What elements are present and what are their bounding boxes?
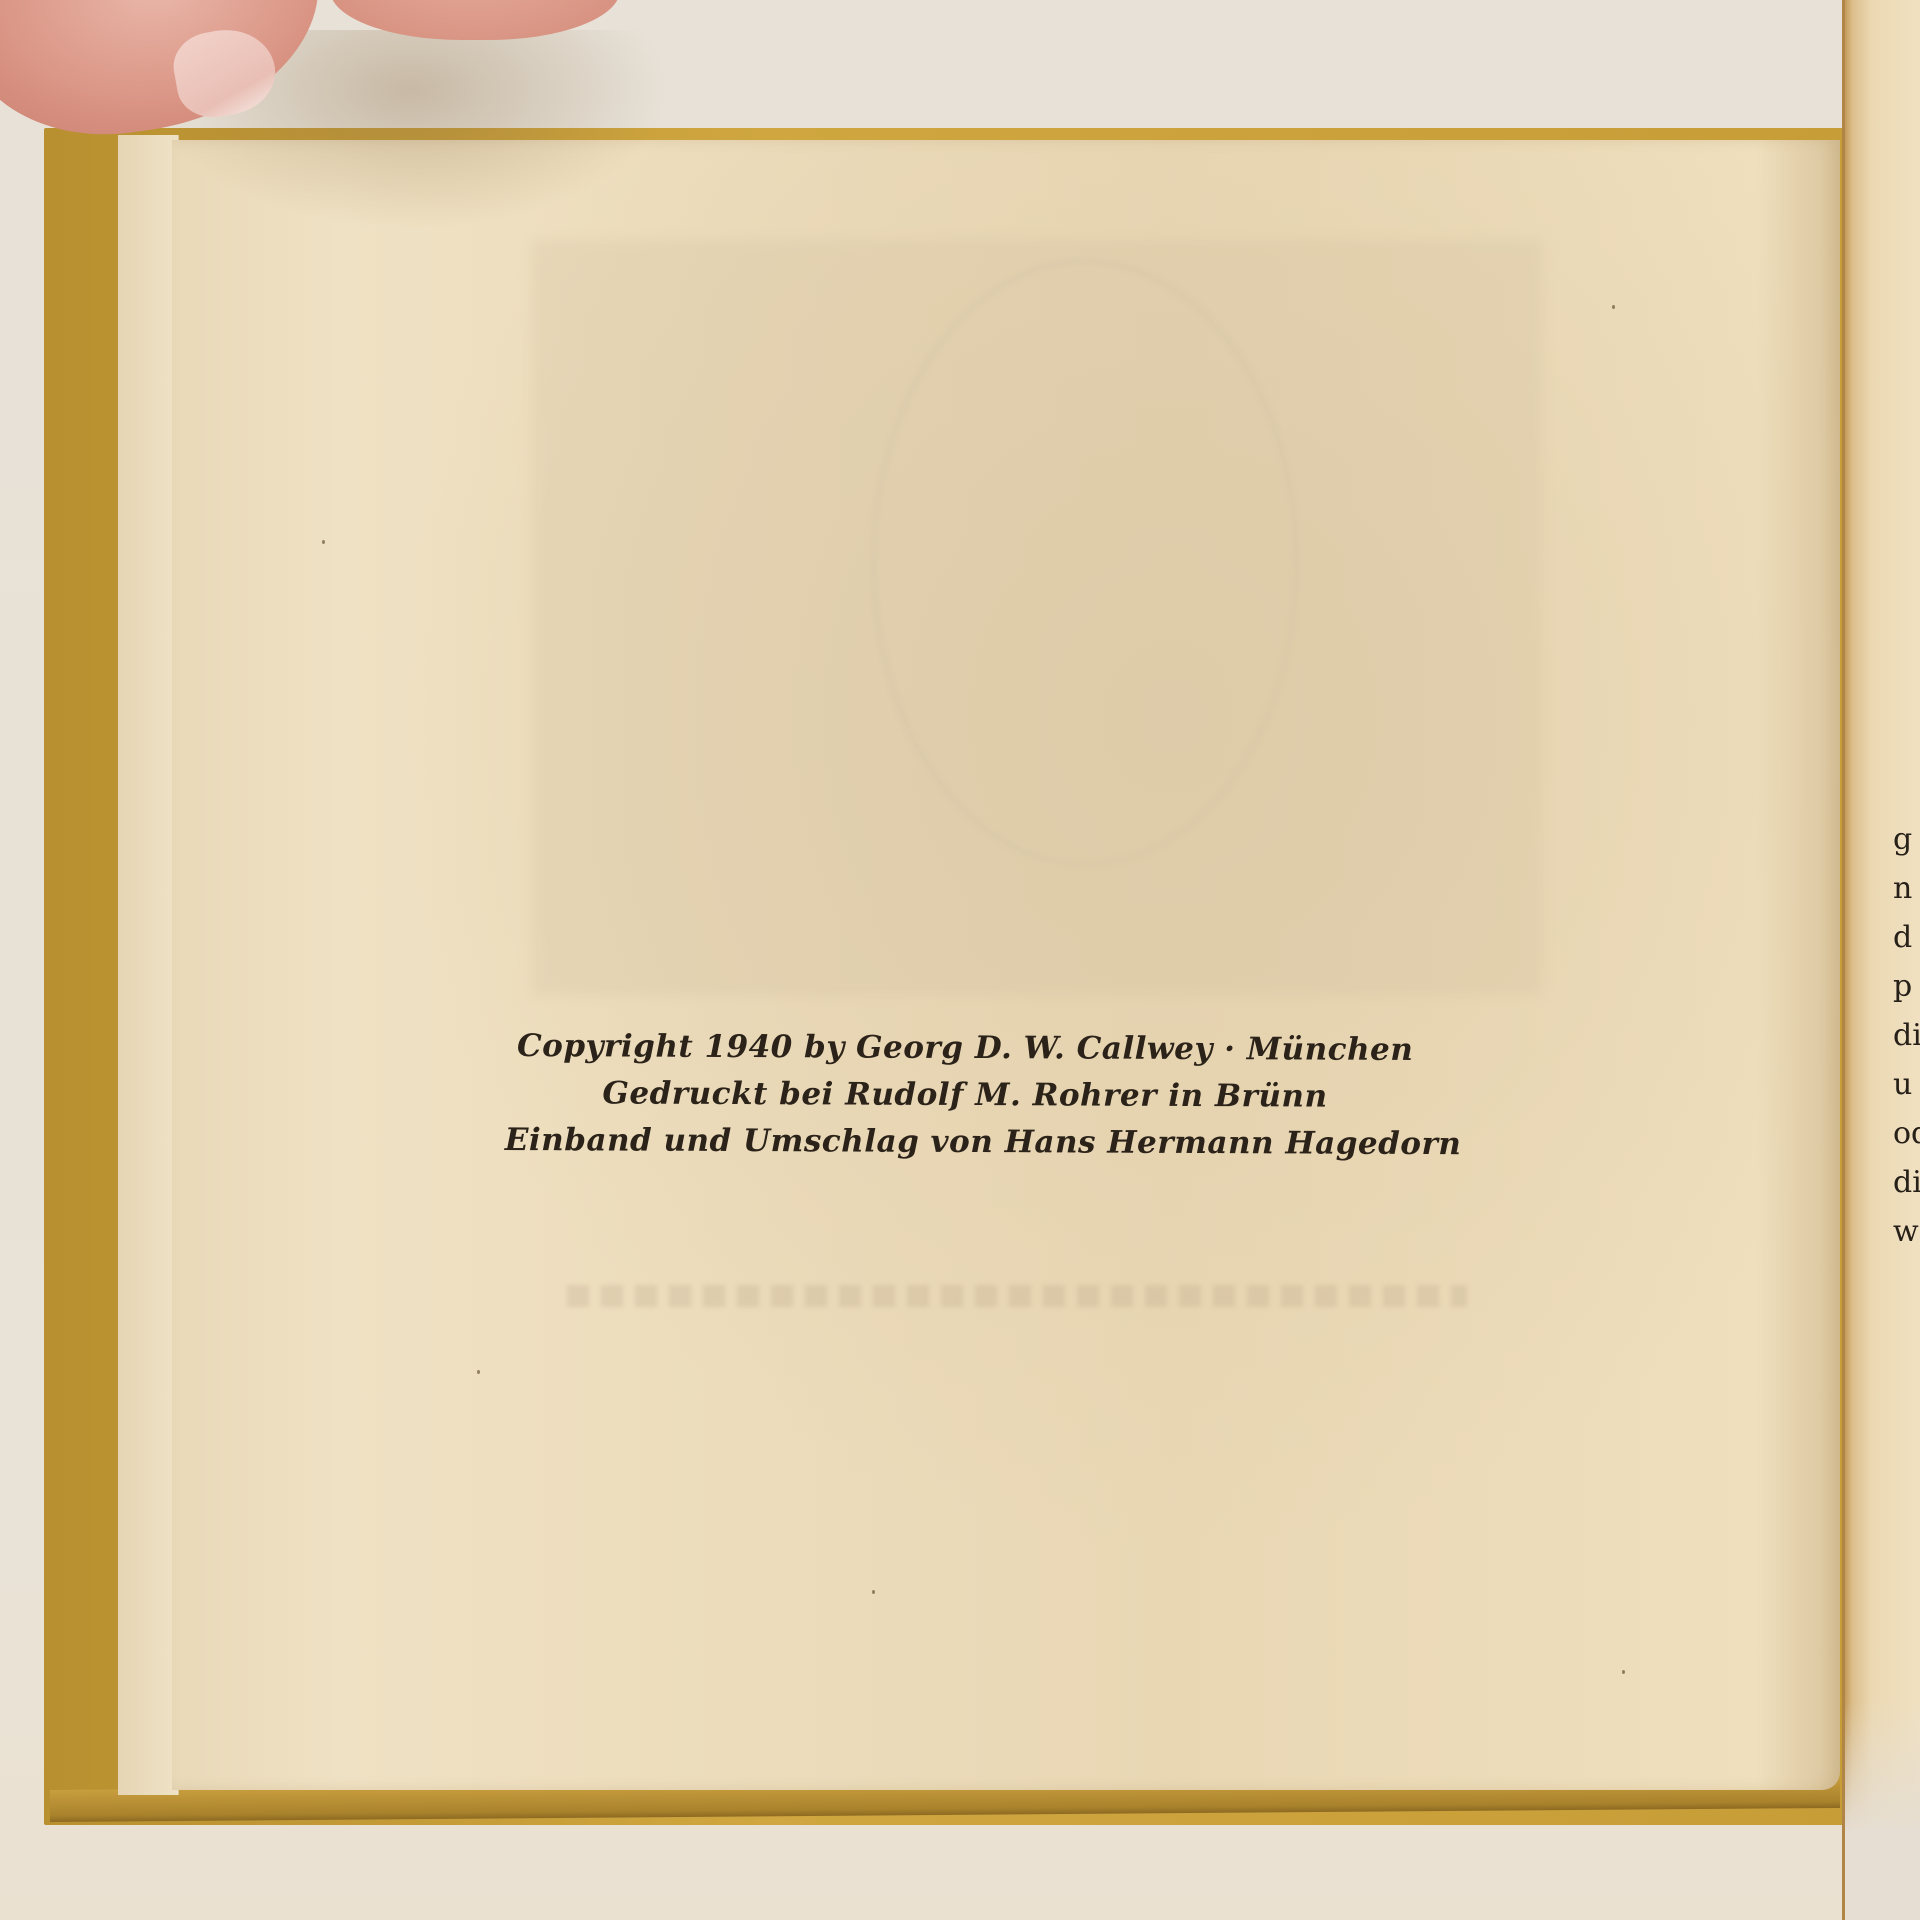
left-page [172,140,1840,1790]
printer-line: Gedruckt bei Rudolf M. Rohrer in Brünn [505,1070,1425,1121]
copyright-line: Copyright 1940 by Georg D. W. Callwey · … [505,1023,1425,1074]
right-page-text-fragments: g n d p di u od di wa [1893,815,1920,1256]
text-fragment: d [1893,913,1920,962]
text-fragment: g [1893,815,1920,864]
paper-speck [322,540,325,544]
text-fragment: wa [1893,1207,1920,1256]
right-page-foot-shadow [1845,1700,1920,1920]
paper-speck [477,1370,480,1374]
text-fragment: od [1893,1109,1920,1158]
text-fragment: di [1893,1158,1920,1207]
text-fragment: p [1893,962,1920,1011]
binding-design-line: Einband und Umschlag von Hans Hermann Ha… [505,1117,1425,1168]
text-fragment: di [1893,1011,1920,1060]
paper-speck [1622,1670,1625,1674]
text-fragment: u [1893,1060,1920,1109]
endpaper-strip [118,135,179,1795]
imprint-block: Copyright 1940 by Georg D. W. Callwey · … [505,1023,1426,1168]
text-fragment: n [1893,864,1920,913]
show-through-text [567,1285,1467,1307]
show-through-portrait-oval [872,260,1298,866]
photo-background: Copyright 1940 by Georg D. W. Callwey · … [0,0,1920,1920]
paper-speck [1612,305,1615,309]
right-facing-page: g n d p di u od di wa [1842,0,1920,1920]
paper-speck [872,1590,875,1594]
